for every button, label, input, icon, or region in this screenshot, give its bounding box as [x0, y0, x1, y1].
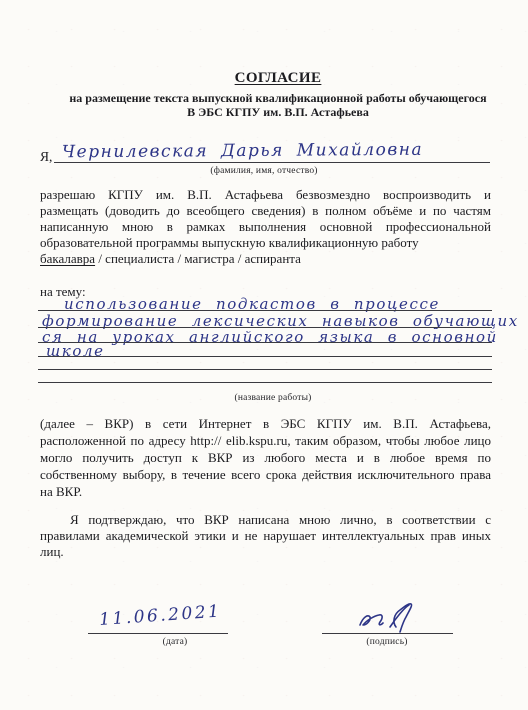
degree-line: бакалавра / специалиста / магистра / асп… — [40, 251, 491, 267]
topic-rule-4 — [38, 356, 492, 357]
handwritten-topic-line-3: ся на уроках английского языка в основно… — [42, 328, 498, 346]
terms-line-1: (далее – ВКР) в сети Интернет в ЭБС КГПУ… — [40, 416, 491, 433]
terms-line-3: могло получить доступ к ВКР из любого ме… — [40, 450, 491, 467]
topic-rule-5 — [38, 369, 492, 370]
topic-rule-2 — [38, 327, 492, 328]
terms-line-5: на ВКР. — [40, 484, 491, 501]
degree-options: / специалиста / магистра / аспиранта — [98, 251, 301, 266]
degree-selected: бакалавра — [40, 251, 95, 266]
terms-line-4: собственному выбору, в течение всего сро… — [40, 467, 491, 484]
handwritten-name: Чернилевская Дарья Михайловна — [62, 140, 423, 163]
topic-rule-1 — [38, 310, 492, 311]
handwritten-topic-line-4: школе — [46, 342, 105, 360]
terms-paragraph: (далее – ВКР) в сети Интернет в ЭБС КГПУ… — [40, 416, 491, 501]
confirmation-line-1: Я подтверждаю, что ВКР написана мною лич… — [40, 512, 491, 528]
document-subtitle-line-1: на размещение текста выпускной квалифика… — [58, 91, 498, 105]
document-subtitle-line-2: В ЭБС КГПУ им. В.П. Астафьева — [58, 105, 498, 119]
permission-line-2: размещать (доводить до всеобщего сведени… — [40, 203, 491, 219]
confirmation-line-2: правилами академической этики и не наруш… — [40, 528, 491, 544]
topic-caption: (название работы) — [212, 393, 334, 403]
terms-line-2: расположенной по адресу http:// elib.ksp… — [40, 433, 491, 450]
confirmation-paragraph: Я подтверждаю, что ВКР написана мною лич… — [40, 512, 491, 559]
date-caption: (дата) — [133, 637, 217, 647]
signature-caption: (подпись) — [345, 637, 429, 647]
permission-line-4: образовательной программы выпускную квал… — [40, 235, 491, 251]
date-underline — [88, 633, 228, 634]
name-underline — [54, 162, 490, 163]
topic-rule-6 — [38, 382, 492, 383]
signature-underline — [322, 633, 453, 634]
handwritten-date: 11.06.2021 — [99, 602, 222, 630]
topic-rule-3 — [38, 342, 492, 343]
permission-paragraph: разрешаю КГПУ им. В.П. Астафьева безвозм… — [40, 187, 491, 267]
permission-line-1: разрешаю КГПУ им. В.П. Астафьева безвозм… — [40, 187, 491, 203]
name-prefix: Я, — [40, 149, 52, 165]
name-caption: (фамилия, имя, отчество) — [198, 166, 330, 176]
handwritten-signature — [346, 601, 438, 635]
consent-form-page: СОГЛАСИЕ на размещение текста выпускной … — [0, 0, 528, 710]
document-header: СОГЛАСИЕ на размещение текста выпускной … — [58, 70, 498, 119]
permission-line-3: написанную мною в рамках выполнения осно… — [40, 219, 491, 235]
confirmation-line-3: лиц. — [40, 544, 491, 560]
document-title: СОГЛАСИЕ — [58, 70, 498, 87]
